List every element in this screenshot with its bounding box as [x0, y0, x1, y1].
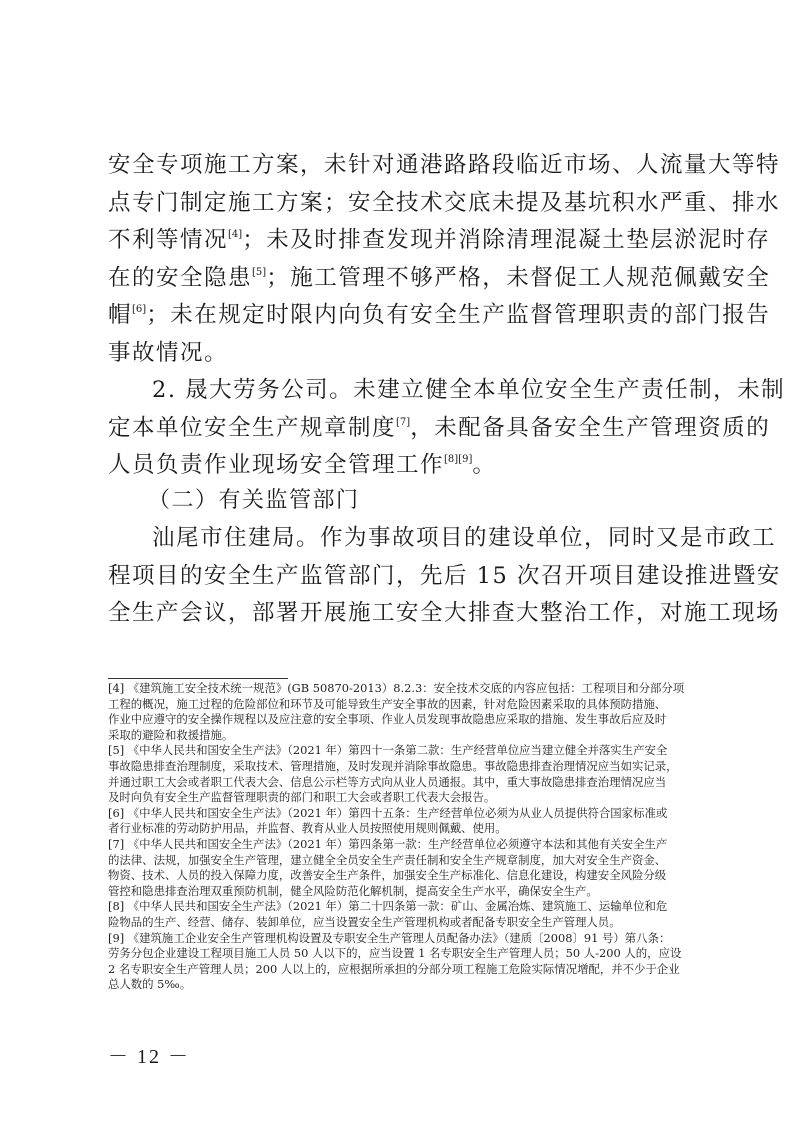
body-paragraph-1: 安全专项施工方案，未针对通港路路段临近市场、人流量大等特 点专门制定施工方案；安…	[108, 147, 708, 372]
footnote-line: [9] 《建筑施工企业安全生产管理机构设置及专职安全生产管理人员配备办法》（建质…	[108, 931, 708, 947]
footnote-line: 作业中应遵守的安全操作规程以及应注意的安全事项、作业人员发现事故隐患应采取的措施…	[108, 712, 708, 728]
text-line: 在的安全隐患[5]；施工管理不够严格，未督促工人规范佩戴安全	[108, 260, 708, 298]
footnote-line: 2 名专职安全生产管理人员；200 人以上的，应根据所承担的分部分项工程施工危险…	[108, 962, 708, 978]
text-line: 帽[6]；未在规定时限内向负有安全生产监督管理职责的部门报告	[108, 297, 708, 335]
footnote-4: [4] 《建筑施工安全技术统一规范》(GB 50870-2013）8.2.3：安…	[108, 681, 708, 743]
text-line: 汕尾市住建局。作为事故项目的建设单位，同时又是市政工	[108, 520, 708, 558]
footnote-line: 采取的避险和救援措施。	[108, 728, 708, 744]
text-segment: ；未在规定时限内向负有安全生产监督管理职责的部门报告	[146, 302, 770, 328]
page-number: － 12 －	[108, 1040, 190, 1069]
text-segment: 人员负责作业现场安全管理工作	[108, 452, 444, 478]
footnote-6: [6] 《中华人民共和国安全生产法》（2021 年）第四十五条：生产经营单位必须…	[108, 806, 708, 837]
footnote-line: [6] 《中华人民共和国安全生产法》（2021 年）第四十五条：生产经营单位必须…	[108, 806, 708, 822]
footnote-line: [8] 《中华人民共和国安全生产法》（2021 年）第二十四条第一款：矿山、金属…	[108, 899, 708, 915]
footnote-line: [4] 《建筑施工安全技术统一规范》(GB 50870-2013）8.2.3：安…	[108, 681, 708, 697]
text-line: 不利等情况[4]；未及时排查发现并消除清理混凝土垫层淤泥时存	[108, 222, 708, 260]
footnote-ref-4[interactable]: [4]	[228, 229, 242, 240]
footnote-line: 及时向负有安全生产监督管理职责的部门和职工大会或者职工代表大会报告。	[108, 790, 708, 806]
footnote-line: [7] 《中华人民共和国安全生产法》（2021 年）第四条第一款：生产经营单位必…	[108, 837, 708, 853]
footnote-ref-5[interactable]: [5]	[252, 267, 266, 278]
footnote-line: 总人数的 5‰。	[108, 977, 708, 993]
footnote-line: 的法律、法规，加强安全生产管理，建立健全全员安全生产责任制和安全生产规章制度，加…	[108, 853, 708, 869]
text-line: 人员负责作业现场安全管理工作[8][9]。	[108, 447, 708, 485]
footnote-5: [5] 《中华人民共和国安全生产法》（2021 年）第四十一条第二款：生产经营单…	[108, 743, 708, 805]
text-segment: ；未及时排查发现并消除清理混凝土垫层淤泥时存	[242, 227, 770, 253]
text-segment: 。	[472, 452, 496, 478]
footnote-line: 险物品的生产、经营、储存、装卸单位，应当设置安全生产管理机构或者配备专职安全生产…	[108, 915, 708, 931]
footnote-line: 工程的概况，施工过程的危险部位和环节及可能导致生产安全事故的因素，针对危险因素采…	[108, 697, 708, 713]
footnote-7: [7] 《中华人民共和国安全生产法》（2021 年）第四条第一款：生产经营单位必…	[108, 837, 708, 899]
footnote-line: 事故隐患排查治理制度，采取技术、管理措施，及时发现并消除事故隐患。事故隐患排查治…	[108, 759, 708, 775]
text-line: 安全专项施工方案，未针对通港路路段临近市场、人流量大等特	[108, 147, 708, 185]
section-heading: （二）有关监管部门	[108, 482, 708, 520]
document-page: 安全专项施工方案，未针对通港路路段临近市场、人流量大等特 点专门制定施工方案；安…	[0, 0, 800, 1131]
footnote-line: 物资、技术、人员的投入保障力度，改善安全生产条件，加强安全生产标准化、信息化建设…	[108, 868, 708, 884]
body-paragraph-3: 汕尾市住建局。作为事故项目的建设单位，同时又是市政工 程项目的安全生产监管部门，…	[108, 520, 708, 633]
footnote-line: 管控和隐患排查治理双重预防机制，健全风险防范化解机制，提高安全生产水平，确保安全…	[108, 884, 708, 900]
section-heading-block: （二）有关监管部门	[108, 482, 708, 520]
text-segment: 定本单位安全生产规章制度	[108, 415, 396, 441]
text-line: 程项目的安全生产监管部门，先后 15 次召开项目建设推进暨安	[108, 558, 708, 596]
text-segment: 在的安全隐患	[108, 265, 252, 291]
text-line: 全生产会议，部署开展施工安全大排查大整治工作，对施工现场	[108, 595, 708, 633]
footnote-line: [5] 《中华人民共和国安全生产法》（2021 年）第四十一条第二款：生产经营单…	[108, 743, 708, 759]
footnote-ref-8-9[interactable]: [8][9]	[444, 454, 472, 465]
text-line: 2. 晟大劳务公司。未建立健全本单位安全生产责任制，未制	[108, 372, 708, 410]
text-line: 事故情况。	[108, 335, 708, 373]
body-paragraph-2: 2. 晟大劳务公司。未建立健全本单位安全生产责任制，未制 定本单位安全生产规章制…	[108, 372, 708, 485]
footnote-line: 并通过职工大会或者职工代表大会、信息公示栏等方式向从业人员通报。其中，重大事故隐…	[108, 775, 708, 791]
footnote-ref-6[interactable]: [6]	[132, 304, 146, 315]
footnote-separator	[108, 678, 288, 679]
text-segment: ，未配备具备安全生产管理资质的	[410, 415, 770, 441]
footnote-line: 者行业标准的劳动防护用品，并监督、教育从业人员按照使用规则佩戴、使用。	[108, 821, 708, 837]
footnote-ref-7[interactable]: [7]	[396, 417, 410, 428]
footnote-line: 劳务分包企业建设工程项目施工人员 50 人以下的，应当设置 1 名专职安全生产管…	[108, 946, 708, 962]
text-segment: ；施工管理不够严格，未督促工人规范佩戴安全	[266, 265, 770, 291]
footnote-8: [8] 《中华人民共和国安全生产法》（2021 年）第二十四条第一款：矿山、金属…	[108, 899, 708, 930]
text-segment: 不利等情况	[108, 227, 228, 253]
footnotes: [4] 《建筑施工安全技术统一规范》(GB 50870-2013）8.2.3：安…	[108, 681, 708, 993]
text-segment: 帽	[108, 302, 132, 328]
footnote-9: [9] 《建筑施工企业安全生产管理机构设置及专职安全生产管理人员配备办法》（建质…	[108, 931, 708, 993]
text-line: 点专门制定施工方案；安全技术交底未提及基坑积水严重、排水	[108, 185, 708, 223]
text-line: 定本单位安全生产规章制度[7]，未配备具备安全生产管理资质的	[108, 410, 708, 448]
